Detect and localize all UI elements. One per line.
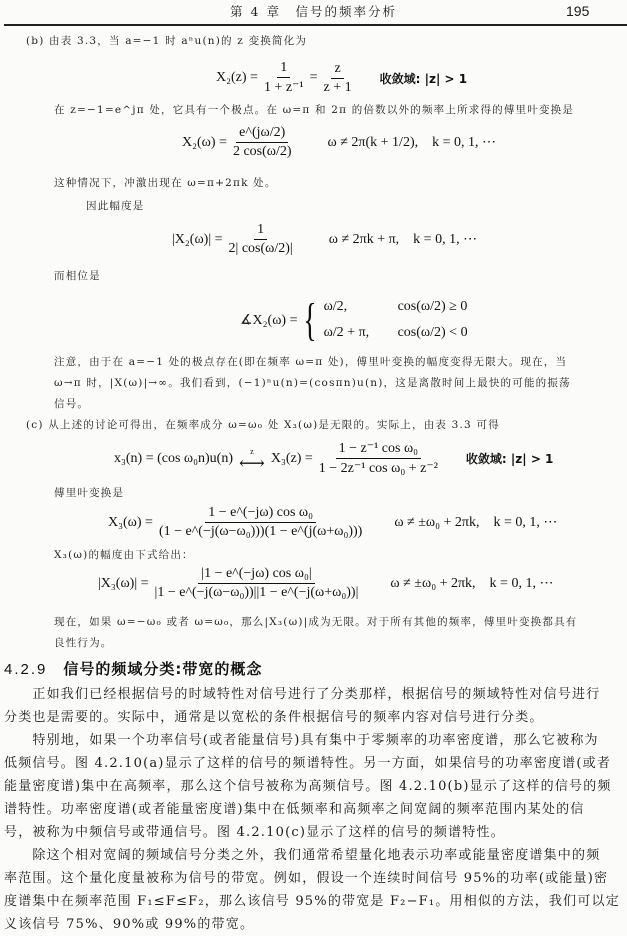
ft-intro: 傅里叶变换是 (54, 486, 124, 500)
eq3-k-range: k = 0, 1, ⋯ (413, 231, 477, 248)
eq7-den: |1 − e^(−j(ω−ω₀))||1 − e^(−j(ω+ω₀))| (152, 584, 362, 601)
equation-x3w: X₃(ω) = 1 − e^(−jω) cos ω₀ (1 − e^(−j(ω−… (108, 505, 557, 540)
mag-intro: X₃(ω)的幅度由下式给出： (54, 548, 194, 562)
eq1-frac2-den: z + 1 (321, 79, 355, 96)
eq1-equals: = (310, 70, 318, 86)
eq4-lhs: ∡X₂(ω) = (240, 312, 297, 329)
eq2-num: e^(jω/2) (236, 125, 288, 143)
eq6-den: (1 − e^(−j(ω−ω₀)))(1 − e^(j(ω+ω₀))) (156, 523, 365, 540)
section-number: 4.2.9 (4, 661, 47, 678)
eq6-frac: 1 − e^(−jω) cos ω₀ (1 − e^(−j(ω−ω₀)))(1 … (156, 505, 365, 540)
part-b-intro: (b) 由表 3.3，当 a=−1 时 aⁿu(n)的 z 变换简化为 (26, 34, 307, 48)
paragraph-2-line-2: 低频信号。图 4.2.10(a)显示了这样的信号的频谱特性。另一方面，如果信号的… (4, 752, 627, 775)
closing-paragraph: 现在，如果 ω=−ω₀ 或者 ω=ω₀，那么|X₃(ω)|成为无限。对于所有其他… (54, 612, 578, 654)
paragraph-1: 正如我们已经根据信号的时域特性对信号进行了分类那样，根据信号的频域特性对信号进行… (4, 683, 627, 729)
paragraph-2-line-1: 特别地，如果一个功率信号(或者能量信号)具有集中于零频率的功率密度谱，那么它被称… (4, 729, 627, 752)
equation-x2z: X₂(z) = 1 1 + z⁻¹ = z z + 1 收敛域: |z| > 1 (216, 60, 467, 96)
eq6-condition: ω ≠ ±ω₀ + 2πk, (394, 515, 479, 531)
eq3-frac: 1 2| cos(ω/2)| (226, 222, 296, 257)
eq4-case-1: ω/2, cos(ω/2) ≥ 0 (324, 294, 468, 320)
paragraph-1-line-1: 正如我们已经根据信号的时域特性对信号进行了分类那样，根据信号的频域特性对信号进行 (4, 683, 627, 706)
paragraph-3-line-2: 率范围。这个量化度量被称为信号的带宽。例如，假设一个连续时间信号 95%的功率(… (4, 867, 627, 890)
pole-text: 在 z=−1=e^jπ 处，它具有一个极点。在 ω=π 和 2π 的倍数以外的频… (54, 103, 574, 117)
eq2-k-range: k = 0, 1, ⋯ (432, 134, 496, 151)
left-brace: { (304, 297, 317, 343)
paragraph-2-line-5: 号，被称为中频信号或带通信号。图 4.2.10(c)显示了这样的信号的频谱特性。 (4, 821, 627, 844)
eq7-k-range: k = 0, 1, ⋯ (490, 575, 554, 592)
chapter-header-title: 第 4 章 信号的频率分析 (0, 2, 627, 20)
eq7-lhs: |X₃(ω)| = (98, 576, 149, 592)
eq1-frac1-den: 1 + z⁻¹ (261, 78, 307, 96)
equation-mag-x3w: |X₃(ω)| = |1 − e^(−jω) cos ω₀| |1 − e^(−… (98, 566, 553, 601)
eq5-rhs-lhs: X₃(z) = (271, 451, 313, 467)
eq6-k-range: k = 0, 1, ⋯ (493, 514, 557, 531)
closing-line-2: 良性行为。 (54, 633, 578, 654)
eq4-cases: ω/2, cos(ω/2) ≥ 0 ω/2 + π, cos(ω/2) < 0 (324, 294, 468, 346)
note-line-3: 信号。 (54, 394, 571, 415)
page-number: 195 (566, 3, 589, 19)
eq3-condition: ω ≠ 2πk + π, (329, 232, 399, 248)
eq4-case2-value: ω/2 + π, (324, 325, 398, 341)
eq6-num: 1 − e^(−jω) cos ω₀ (205, 505, 316, 523)
eq5-den: 1 − 2z⁻¹ cos ω₀ + z⁻² (316, 459, 441, 477)
note-paragraph: 注意，由于在 a=−1 处的极点存在(即在频率 ω=π 处)，傅里叶变换的幅度变… (54, 352, 571, 415)
eq1-lhs: X₂(z) = (216, 70, 258, 86)
eq3-den: 2| cos(ω/2)| (226, 240, 296, 257)
equation-phase-x2w: ∡X₂(ω) = { ω/2, cos(ω/2) ≥ 0 ω/2 + π, co… (240, 294, 468, 346)
eq1-frac1-num: 1 (277, 60, 290, 78)
eq2-lhs: X₂(ω) = (182, 135, 227, 151)
impulse-text: 这种情况下，冲激出现在 ω=π+2πk 处。 (54, 176, 277, 190)
eq4-case1-value: ω/2, (324, 299, 398, 315)
closing-line-1: 现在，如果 ω=−ω₀ 或者 ω=ω₀，那么|X₃(ω)|成为无限。对于所有其他… (54, 612, 578, 633)
part-c-intro: (c) 从上述的讨论可得出，在频率成分 ω=ω₀ 处 X₃(ω)是无限的。实际上… (26, 418, 500, 432)
magnitude-intro: 因此幅度是 (86, 199, 145, 213)
paragraph-2-line-4: 谱特性。功率密度谱(或者能量密度谱)集中在低频率和高频率之间宽阔的频率范围内某处… (4, 798, 627, 821)
paragraph-2: 特别地，如果一个功率信号(或者能量信号)具有集中于零频率的功率密度谱，那么它被称… (4, 729, 627, 844)
eq3-lhs: |X₂(ω)| = (172, 232, 223, 248)
double-arrow-icon: ⟷ (239, 456, 265, 470)
eq1-frac2-num: z (331, 61, 343, 79)
section-title: 信号的频域分类:带宽的概念 (63, 660, 262, 678)
note-line-1: 注意，由于在 a=−1 处的极点存在(即在频率 ω=π 处)，傅里叶变换的幅度变… (54, 352, 571, 373)
eq7-num: |1 − e^(−jω) cos ω₀| (198, 566, 314, 584)
eq7-condition: ω ≠ ±ω₀ + 2πk, (390, 576, 475, 592)
eq5-frac: 1 − z⁻¹ cos ω₀ 1 − 2z⁻¹ cos ω₀ + z⁻² (316, 440, 441, 477)
paragraph-2-line-3: 能量密度谱)集中在高频率，那么这个信号被称为高频信号。图 4.2.10(b)显示… (4, 775, 627, 798)
section-heading: 4.2.9信号的频域分类:带宽的概念 (4, 658, 262, 679)
z-transform-arrow: z ⟷ (239, 448, 265, 470)
paragraph-1-line-2: 分类也是需要的。实际中，通常是以宽松的条件根据信号的频率内容对信号进行分类。 (4, 706, 627, 729)
paragraph-3-line-3: 度谱集中在频率范围 F₁≤F≤F₂，那么该信号 95%的带宽是 F₂−F₁。用相… (4, 890, 627, 913)
eq2-den: 2 cos(ω/2) (230, 143, 295, 160)
equation-mag-x2w: |X₂(ω)| = 1 2| cos(ω/2)| ω ≠ 2πk + π, k … (172, 222, 477, 257)
eq3-num: 1 (254, 222, 267, 240)
paragraph-3-line-1: 除这个相对宽阔的频域信号分类之外，我们通常希望量化地表示功率或能量密度谱集中的频 (4, 844, 627, 867)
eq5-lhs: x₃(n) = (cos ω₀n)u(n) (114, 451, 233, 467)
eq5-roc: 收敛域: |z| > 1 (466, 450, 554, 467)
equation-x2w: X₂(ω) = e^(jω/2) 2 cos(ω/2) ω ≠ 2π(k + 1… (182, 125, 496, 160)
eq2-condition: ω ≠ 2π(k + 1/2), (328, 135, 419, 151)
paragraph-3: 除这个相对宽阔的频域信号分类之外，我们通常希望量化地表示功率或能量密度谱集中的频… (4, 844, 627, 936)
eq4-case1-condition: cos(ω/2) ≥ 0 (398, 299, 468, 315)
eq4-case-2: ω/2 + π, cos(ω/2) < 0 (324, 320, 468, 346)
eq5-num: 1 − z⁻¹ cos ω₀ (336, 440, 421, 459)
eq1-frac2: z z + 1 (321, 61, 355, 96)
eq1-roc: 收敛域: |z| > 1 (380, 70, 468, 87)
eq6-lhs: X₃(ω) = (108, 515, 153, 531)
equation-x3z: x₃(n) = (cos ω₀n)u(n) z ⟷ X₃(z) = 1 − z⁻… (114, 440, 553, 477)
eq7-frac: |1 − e^(−jω) cos ω₀| |1 − e^(−j(ω−ω₀))||… (152, 566, 362, 601)
eq2-frac: e^(jω/2) 2 cos(ω/2) (230, 125, 295, 160)
header-divider (4, 24, 627, 26)
phase-intro: 而相位是 (54, 269, 101, 283)
paragraph-3-line-4: 义该信号 75%、90%或 99%的带宽。 (4, 913, 627, 936)
eq1-frac1: 1 1 + z⁻¹ (261, 60, 307, 96)
eq4-case2-condition: cos(ω/2) < 0 (398, 325, 468, 341)
note-line-2: ω→π 时，|X(ω)|→∞。我们看到，(−1)ⁿu(n)=(cosπn)u(n… (54, 373, 571, 394)
